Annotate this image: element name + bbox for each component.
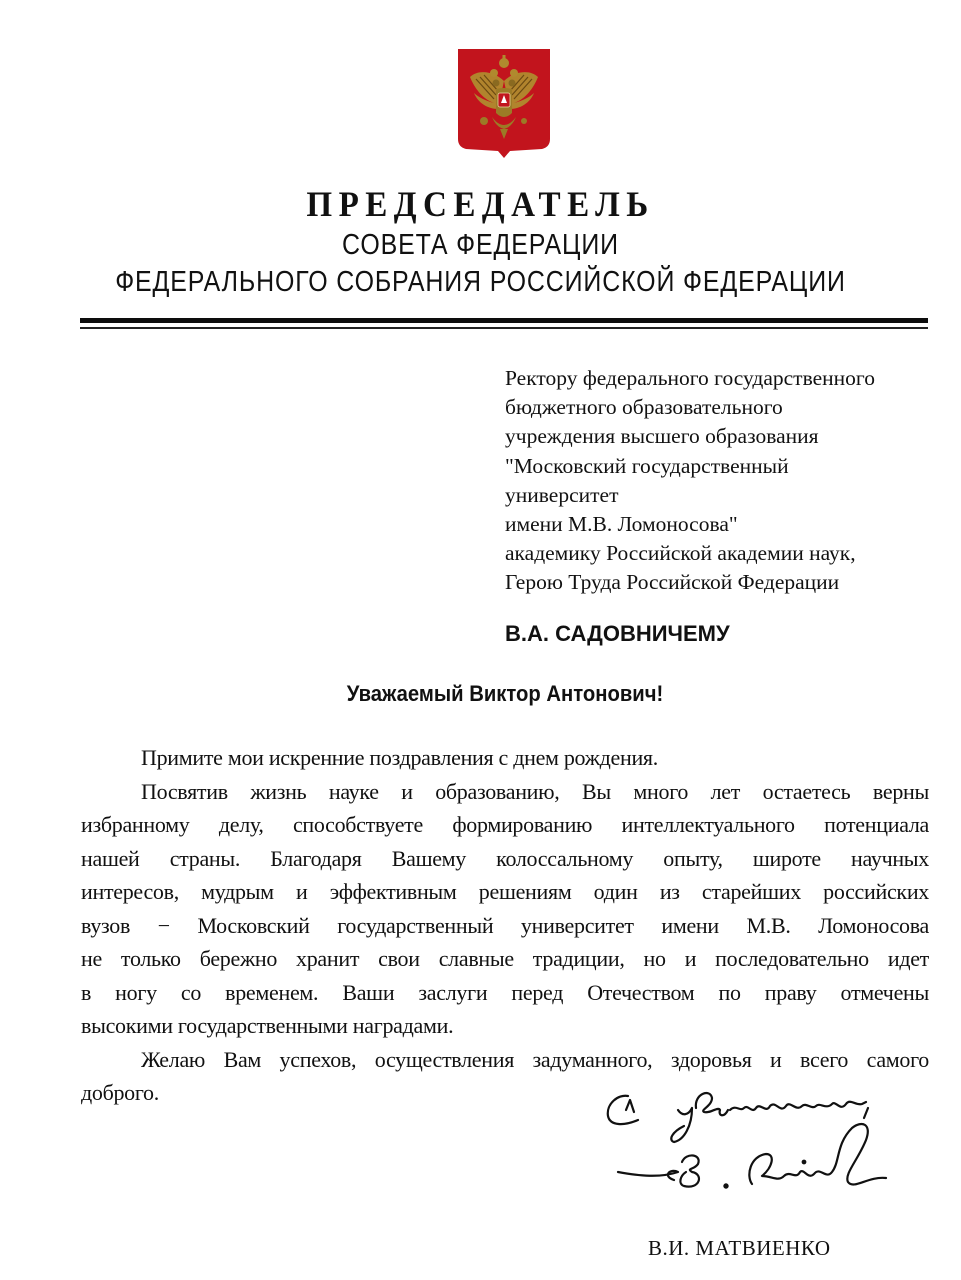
letterhead-divider-thin (80, 327, 928, 329)
letterhead-title: ПРЕДСЕДАТЕЛЬ (38, 183, 922, 225)
body-line: нашей страны. Благодаря Вашему колоссаль… (81, 842, 929, 876)
coat-of-arms-icon (456, 47, 552, 159)
addressee-line: "Московский государственный (505, 452, 875, 481)
addressee-line: университет (505, 481, 875, 510)
body-line: Посвятив жизнь науке и образованию, Вы м… (81, 775, 929, 809)
body-line: высокими государственными наградами. (81, 1009, 929, 1043)
handwritten-signature (600, 1080, 940, 1210)
body-line: интересов, мудрым и эффективным решениям… (81, 875, 929, 909)
body-line: вузов − Московский государственный униве… (81, 909, 929, 943)
addressee-line: бюджетного образовательного (505, 393, 875, 422)
letter-body: Примите мои искренние поздравления с дне… (81, 741, 929, 1110)
body-line: Примите мои искренние поздравления с дне… (81, 741, 929, 775)
body-line: Желаю Вам успехов, осуществления задуман… (81, 1043, 929, 1077)
letterhead-divider-thick (80, 318, 928, 323)
body-line: избранному делу, способствуете формирова… (81, 808, 929, 842)
addressee-line: Ректору федерального государственного (505, 364, 875, 393)
addressee-line: Герою Труда Российской Федерации (505, 568, 875, 597)
salutation: Уважаемый Виктор Антонович! (40, 681, 961, 707)
letterhead-subtitle-2: ФЕДЕРАЛЬНОГО СОБРАНИЯ РОССИЙСКОЙ ФЕДЕРАЦ… (67, 266, 893, 299)
addressee-line: имени М.В. Ломоносова" (505, 510, 875, 539)
addressee-block: Ректору федерального государственного бю… (505, 364, 875, 598)
letterhead-subtitle-1: СОВЕТА ФЕДЕРАЦИИ (67, 229, 893, 262)
body-line: не только бережно хранит свои славные тр… (81, 942, 929, 976)
addressee-line: учреждения высшего образования (505, 422, 875, 451)
recipient-name: В.А. САДОВНИЧЕМУ (505, 621, 730, 647)
body-line: в ногу со временем. Ваши заслуги перед О… (81, 976, 929, 1010)
addressee-line: академику Российской академии наук, (505, 539, 875, 568)
signer-name: В.И. МАТВИЕНКО (648, 1236, 831, 1261)
